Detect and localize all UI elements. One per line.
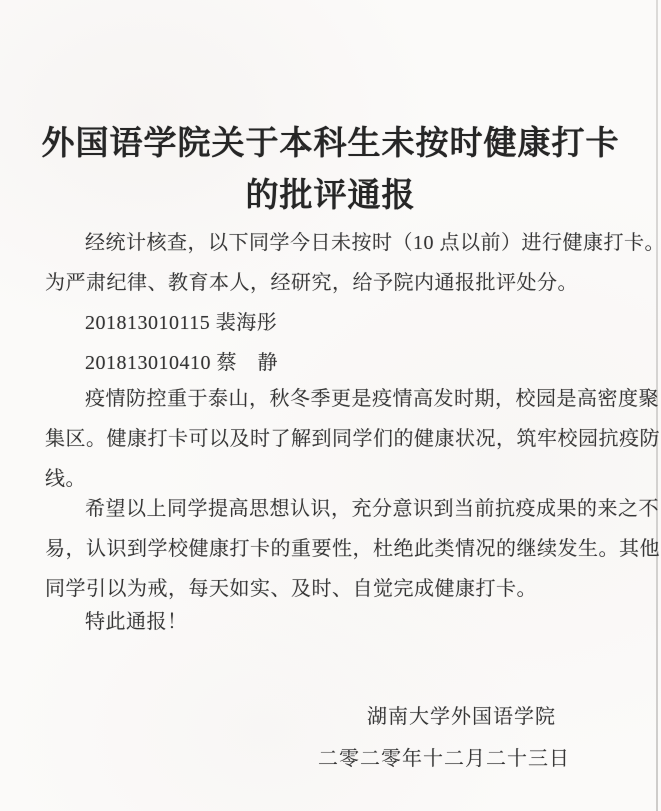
body-line-intro-2: 为严肃纪律、教育本人，经研究，给予院内通报批评处分。 [45, 263, 621, 303]
body-line-epidemic-2: 集区。健康打卡可以及时了解到同学们的健康状况，筑牢校园抗疫防 [45, 419, 621, 459]
notice-title-line2: 的批评通报 [0, 170, 661, 222]
body-line-epidemic-1: 疫情防控重于泰山，秋冬季更是疫情高发时期，校园是高密度聚 [45, 379, 621, 419]
notice-title-line1: 外国语学院关于本科生未按时健康打卡 [0, 118, 661, 170]
body-line-hope-1: 希望以上同学提高思想认识，充分意识到当前抗疫成果的来之不 [45, 489, 621, 529]
body-line-hope-2: 易，认识到学校健康打卡的重要性，杜绝此类情况的继续发生。其他 [45, 529, 621, 569]
student-line-1: 201813010115 裴海彤 [45, 303, 621, 343]
signature-organization: 湖南大学外国语学院 [0, 696, 661, 738]
signature-date: 二零二零年十二月二十三日 [0, 738, 661, 780]
notice-body: 经统计核查，以下同学今日未按时（10 点以前）进行健康打卡。 为严肃纪律、教育本… [45, 223, 621, 642]
scanned-notice-page: 外国语学院关于本科生未按时健康打卡 的批评通报 经统计核查，以下同学今日未按时（… [0, 0, 661, 811]
body-line-intro-1: 经统计核查，以下同学今日未按时（10 点以前）进行健康打卡。 [45, 223, 621, 263]
notice-closing: 湖南大学外国语学院 二零二零年十二月二十三日 [0, 696, 661, 780]
student-line-2: 201813010410 蔡 静 [45, 343, 621, 383]
notice-title: 外国语学院关于本科生未按时健康打卡 的批评通报 [0, 118, 661, 222]
